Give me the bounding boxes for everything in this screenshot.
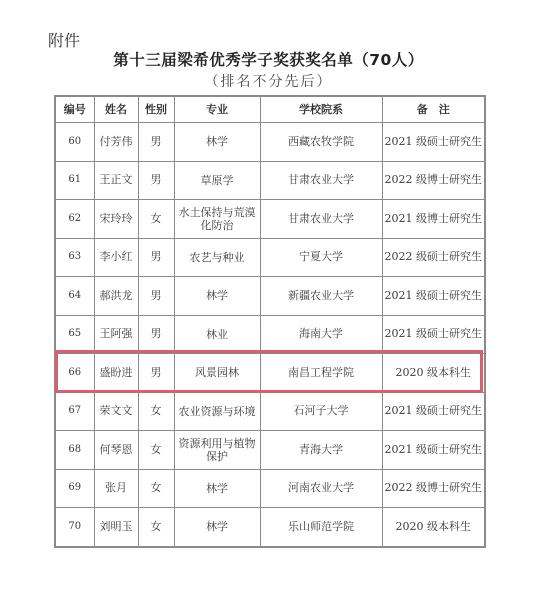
cell-major: 资源利用与植物保护 — [174, 431, 260, 470]
cell-major: 林学 — [174, 123, 260, 162]
cell-gender: 男 — [138, 123, 174, 162]
cell-school: 西藏农牧学院 — [260, 123, 382, 162]
table-row: 70刘明玉女林学乐山师范学院2020 级本科生 — [55, 508, 485, 547]
cell-school: 甘肃农业大学 — [260, 200, 382, 239]
cell-school: 乐山师范学院 — [260, 508, 382, 547]
cell-school: 河南农业大学 — [260, 469, 382, 508]
table-row: 67荣文文女农业资源与环境石河子大学2021 级硕士研究生 — [55, 392, 485, 431]
cell-name: 付芳伟 — [94, 123, 138, 162]
table-row: 69张月女林学河南农业大学2022 级博士研究生 — [55, 469, 485, 508]
cell-number: 67 — [55, 392, 94, 431]
cell-name: 李小红 — [94, 238, 138, 277]
table-row: 64郝洪龙男林学新疆农业大学2021 级硕士研究生 — [55, 277, 485, 316]
attachment-label: 附件 — [48, 31, 80, 51]
cell-note: 2020 级本科生 — [382, 354, 485, 393]
table-row: 61王正文男草原学甘肃农业大学2022 级博士研究生 — [55, 161, 485, 200]
cell-gender: 男 — [138, 161, 174, 200]
cell-gender: 女 — [138, 200, 174, 239]
cell-major: 林业 — [174, 315, 260, 354]
cell-major: 农业资源与环境 — [174, 392, 260, 431]
cell-school: 甘肃农业大学 — [260, 161, 382, 200]
cell-number: 68 — [55, 431, 94, 470]
cell-name: 何琴恩 — [94, 431, 138, 470]
cell-gender: 女 — [138, 431, 174, 470]
cell-note: 2022 级博士研究生 — [382, 469, 485, 508]
cell-number: 66 — [55, 354, 94, 393]
cell-name: 荣文文 — [94, 392, 138, 431]
cell-number: 69 — [55, 469, 94, 508]
table-row: 62宋玲玲女水土保持与荒漠化防治甘肃农业大学2021 级博士研究生 — [55, 200, 485, 239]
cell-school: 海南大学 — [260, 315, 382, 354]
cell-note: 2021 级硕士研究生 — [382, 392, 485, 431]
cell-school: 南昌工程学院 — [260, 354, 382, 393]
cell-number: 63 — [55, 238, 94, 277]
table-row: 63李小红男农艺与种业宁夏大学2022 级硕士研究生 — [55, 238, 485, 277]
cell-name: 盛盼进 — [94, 354, 138, 393]
cell-major: 林学 — [174, 277, 260, 316]
header-school: 学校院系 — [260, 96, 382, 123]
cell-number: 61 — [55, 161, 94, 200]
cell-name: 王正文 — [94, 161, 138, 200]
cell-major: 草原学 — [174, 161, 260, 200]
table-row: 60付芳伟男林学西藏农牧学院2021 级硕士研究生 — [55, 123, 485, 162]
cell-major: 风景园林 — [174, 354, 260, 393]
table-header-row: 编号 姓名 性别 专业 学校院系 备 注 — [55, 96, 485, 123]
cell-gender: 男 — [138, 238, 174, 277]
cell-note: 2022 级博士研究生 — [382, 161, 485, 200]
table-row-highlighted: 66盛盼进男风景园林南昌工程学院2020 级本科生 — [55, 354, 485, 393]
header-note: 备 注 — [382, 96, 485, 123]
cell-name: 刘明玉 — [94, 508, 138, 547]
cell-note: 2020 级本科生 — [382, 508, 485, 547]
cell-major: 林学 — [174, 508, 260, 547]
cell-note: 2021 级硕士研究生 — [382, 123, 485, 162]
cell-note: 2021 级博士研究生 — [382, 200, 485, 239]
cell-gender: 男 — [138, 277, 174, 316]
cell-gender: 男 — [138, 354, 174, 393]
cell-number: 70 — [55, 508, 94, 547]
cell-number: 65 — [55, 315, 94, 354]
cell-number: 62 — [55, 200, 94, 239]
cell-major: 农艺与种业 — [174, 238, 260, 277]
cell-note: 2021 级硕士研究生 — [382, 315, 485, 354]
cell-gender: 女 — [138, 392, 174, 431]
cell-gender: 女 — [138, 508, 174, 547]
cell-school: 青海大学 — [260, 431, 382, 470]
cell-note: 2021 级硕士研究生 — [382, 277, 485, 316]
header-number: 编号 — [55, 96, 94, 123]
cell-number: 64 — [55, 277, 94, 316]
table-row: 65王阿强男林业海南大学2021 级硕士研究生 — [55, 315, 485, 354]
document-title: 第十三届梁希优秀学子奖获奖名单（70人） — [0, 50, 537, 70]
cell-name: 王阿强 — [94, 315, 138, 354]
cell-name: 郝洪龙 — [94, 277, 138, 316]
cell-gender: 男 — [138, 315, 174, 354]
cell-school: 新疆农业大学 — [260, 277, 382, 316]
document-subtitle: （排名不分先后） — [0, 73, 537, 91]
cell-name: 张月 — [94, 469, 138, 508]
cell-note: 2022 级硕士研究生 — [382, 238, 485, 277]
award-list-table: 编号 姓名 性别 专业 学校院系 备 注 60付芳伟男林学西藏农牧学院2021 … — [54, 95, 486, 548]
cell-major: 林学 — [174, 469, 260, 508]
cell-name: 宋玲玲 — [94, 200, 138, 239]
header-name: 姓名 — [94, 96, 138, 123]
cell-note: 2021 级硕士研究生 — [382, 431, 485, 470]
cell-number: 60 — [55, 123, 94, 162]
cell-gender: 女 — [138, 469, 174, 508]
table-row: 68何琴恩女资源利用与植物保护青海大学2021 级硕士研究生 — [55, 431, 485, 470]
header-gender: 性别 — [138, 96, 174, 123]
header-major: 专业 — [174, 96, 260, 123]
cell-school: 宁夏大学 — [260, 238, 382, 277]
cell-major: 水土保持与荒漠化防治 — [174, 200, 260, 239]
table-body: 60付芳伟男林学西藏农牧学院2021 级硕士研究生61王正文男草原学甘肃农业大学… — [55, 123, 485, 547]
cell-school: 石河子大学 — [260, 392, 382, 431]
